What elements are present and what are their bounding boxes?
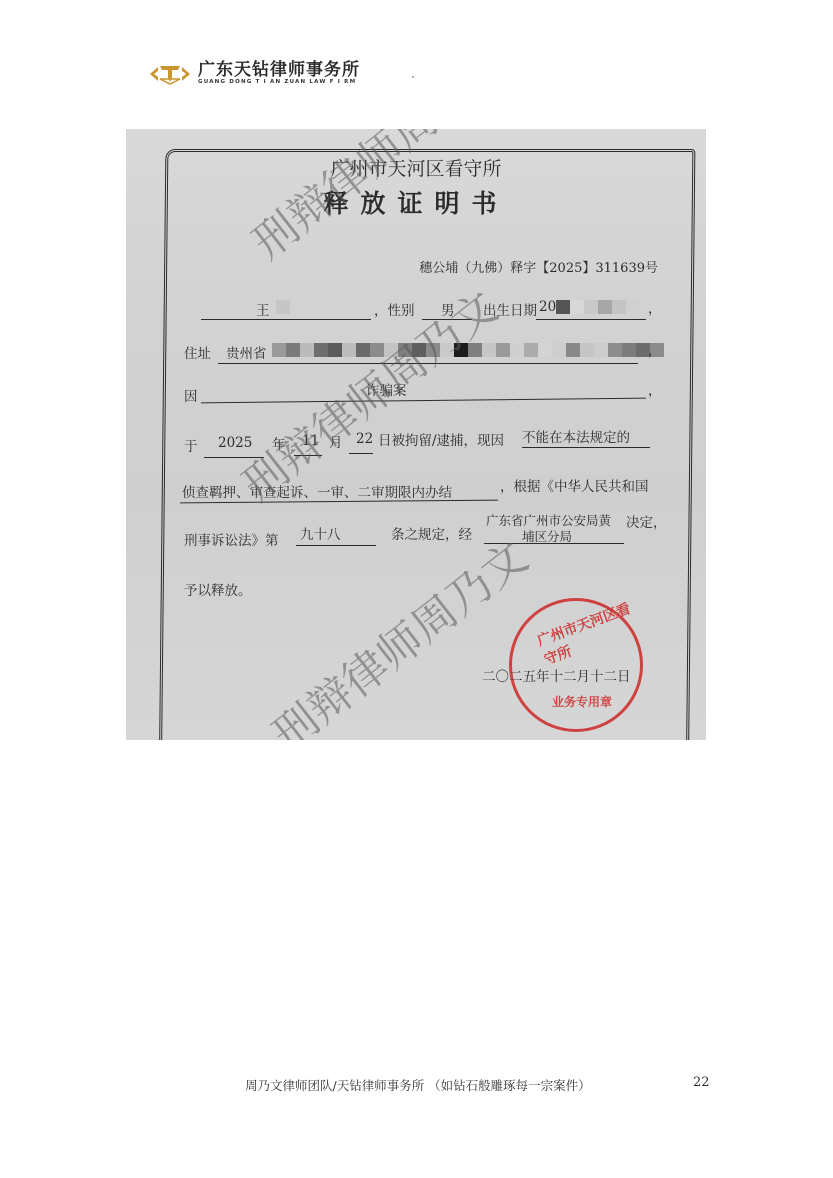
- footer-text: 周乃文律师团队/天钻律师事务所 （如钻石般雕琢每一宗案件）: [245, 1076, 591, 1094]
- redacted-name: [276, 299, 290, 313]
- stamp-text-top: 广州市天河区看守所: [534, 597, 644, 669]
- comma: ，: [648, 297, 662, 317]
- document-number: 穗公埔（九佛）释字【2025】311639号: [419, 257, 658, 276]
- address-value: 贵州省: [226, 342, 267, 362]
- diamond-t-logo-icon: [148, 63, 192, 85]
- name-value: 王: [256, 299, 270, 319]
- page-number: 22: [693, 1075, 710, 1090]
- decided-text: 决定，: [626, 511, 667, 531]
- name-underline: [201, 319, 371, 320]
- release-text: 予以释放。: [184, 579, 252, 599]
- header-dot: [412, 76, 414, 78]
- firm-logo: 广东天钻律师事务所 GUANG DONG T I AN ZUAN LAW F I…: [148, 62, 360, 86]
- reason-label: 因: [184, 385, 198, 405]
- law-text: 刑事诉讼法》第: [184, 529, 279, 549]
- release-certificate-photo: 广州市天河区看守所 释放证明书 穗公埔（九佛）释字【2025】311639号 王…: [126, 129, 706, 740]
- address-label: 住址: [184, 342, 211, 362]
- firm-name-en: GUANG DONG T I AN ZUAN LAW F I RM: [198, 79, 360, 86]
- gender-label: ，性别: [374, 299, 415, 319]
- day-underline: [349, 453, 373, 454]
- cause-underline: [522, 447, 650, 448]
- cause-line1: 不能在本法规定的: [522, 426, 630, 446]
- issue-date: 二〇二五年十二月十二日: [482, 665, 631, 685]
- on-label: 于: [184, 435, 198, 455]
- article-underline: [296, 545, 376, 546]
- stamp-text-bottom: 业务专用章: [552, 693, 612, 710]
- article-suffix: 条之规定，经: [391, 523, 472, 543]
- basis-text: ，根据《中华人民共和国: [500, 475, 649, 495]
- firm-name-cn: 广东天钻律师事务所: [198, 62, 360, 79]
- comma: ，: [648, 339, 662, 359]
- document-title: 释放证明书: [126, 184, 706, 220]
- redacted-birthdate: [556, 299, 640, 313]
- comma: ，: [648, 379, 662, 399]
- detained-text: 日被拘留/逮捕，现因: [378, 429, 504, 449]
- cause-line2: 侦查羁押、审查起诉、一审、二审期限内办结: [182, 481, 452, 501]
- birth-value: 20: [539, 299, 556, 315]
- birth-underline: [536, 319, 646, 320]
- article-value: 九十八: [300, 523, 341, 543]
